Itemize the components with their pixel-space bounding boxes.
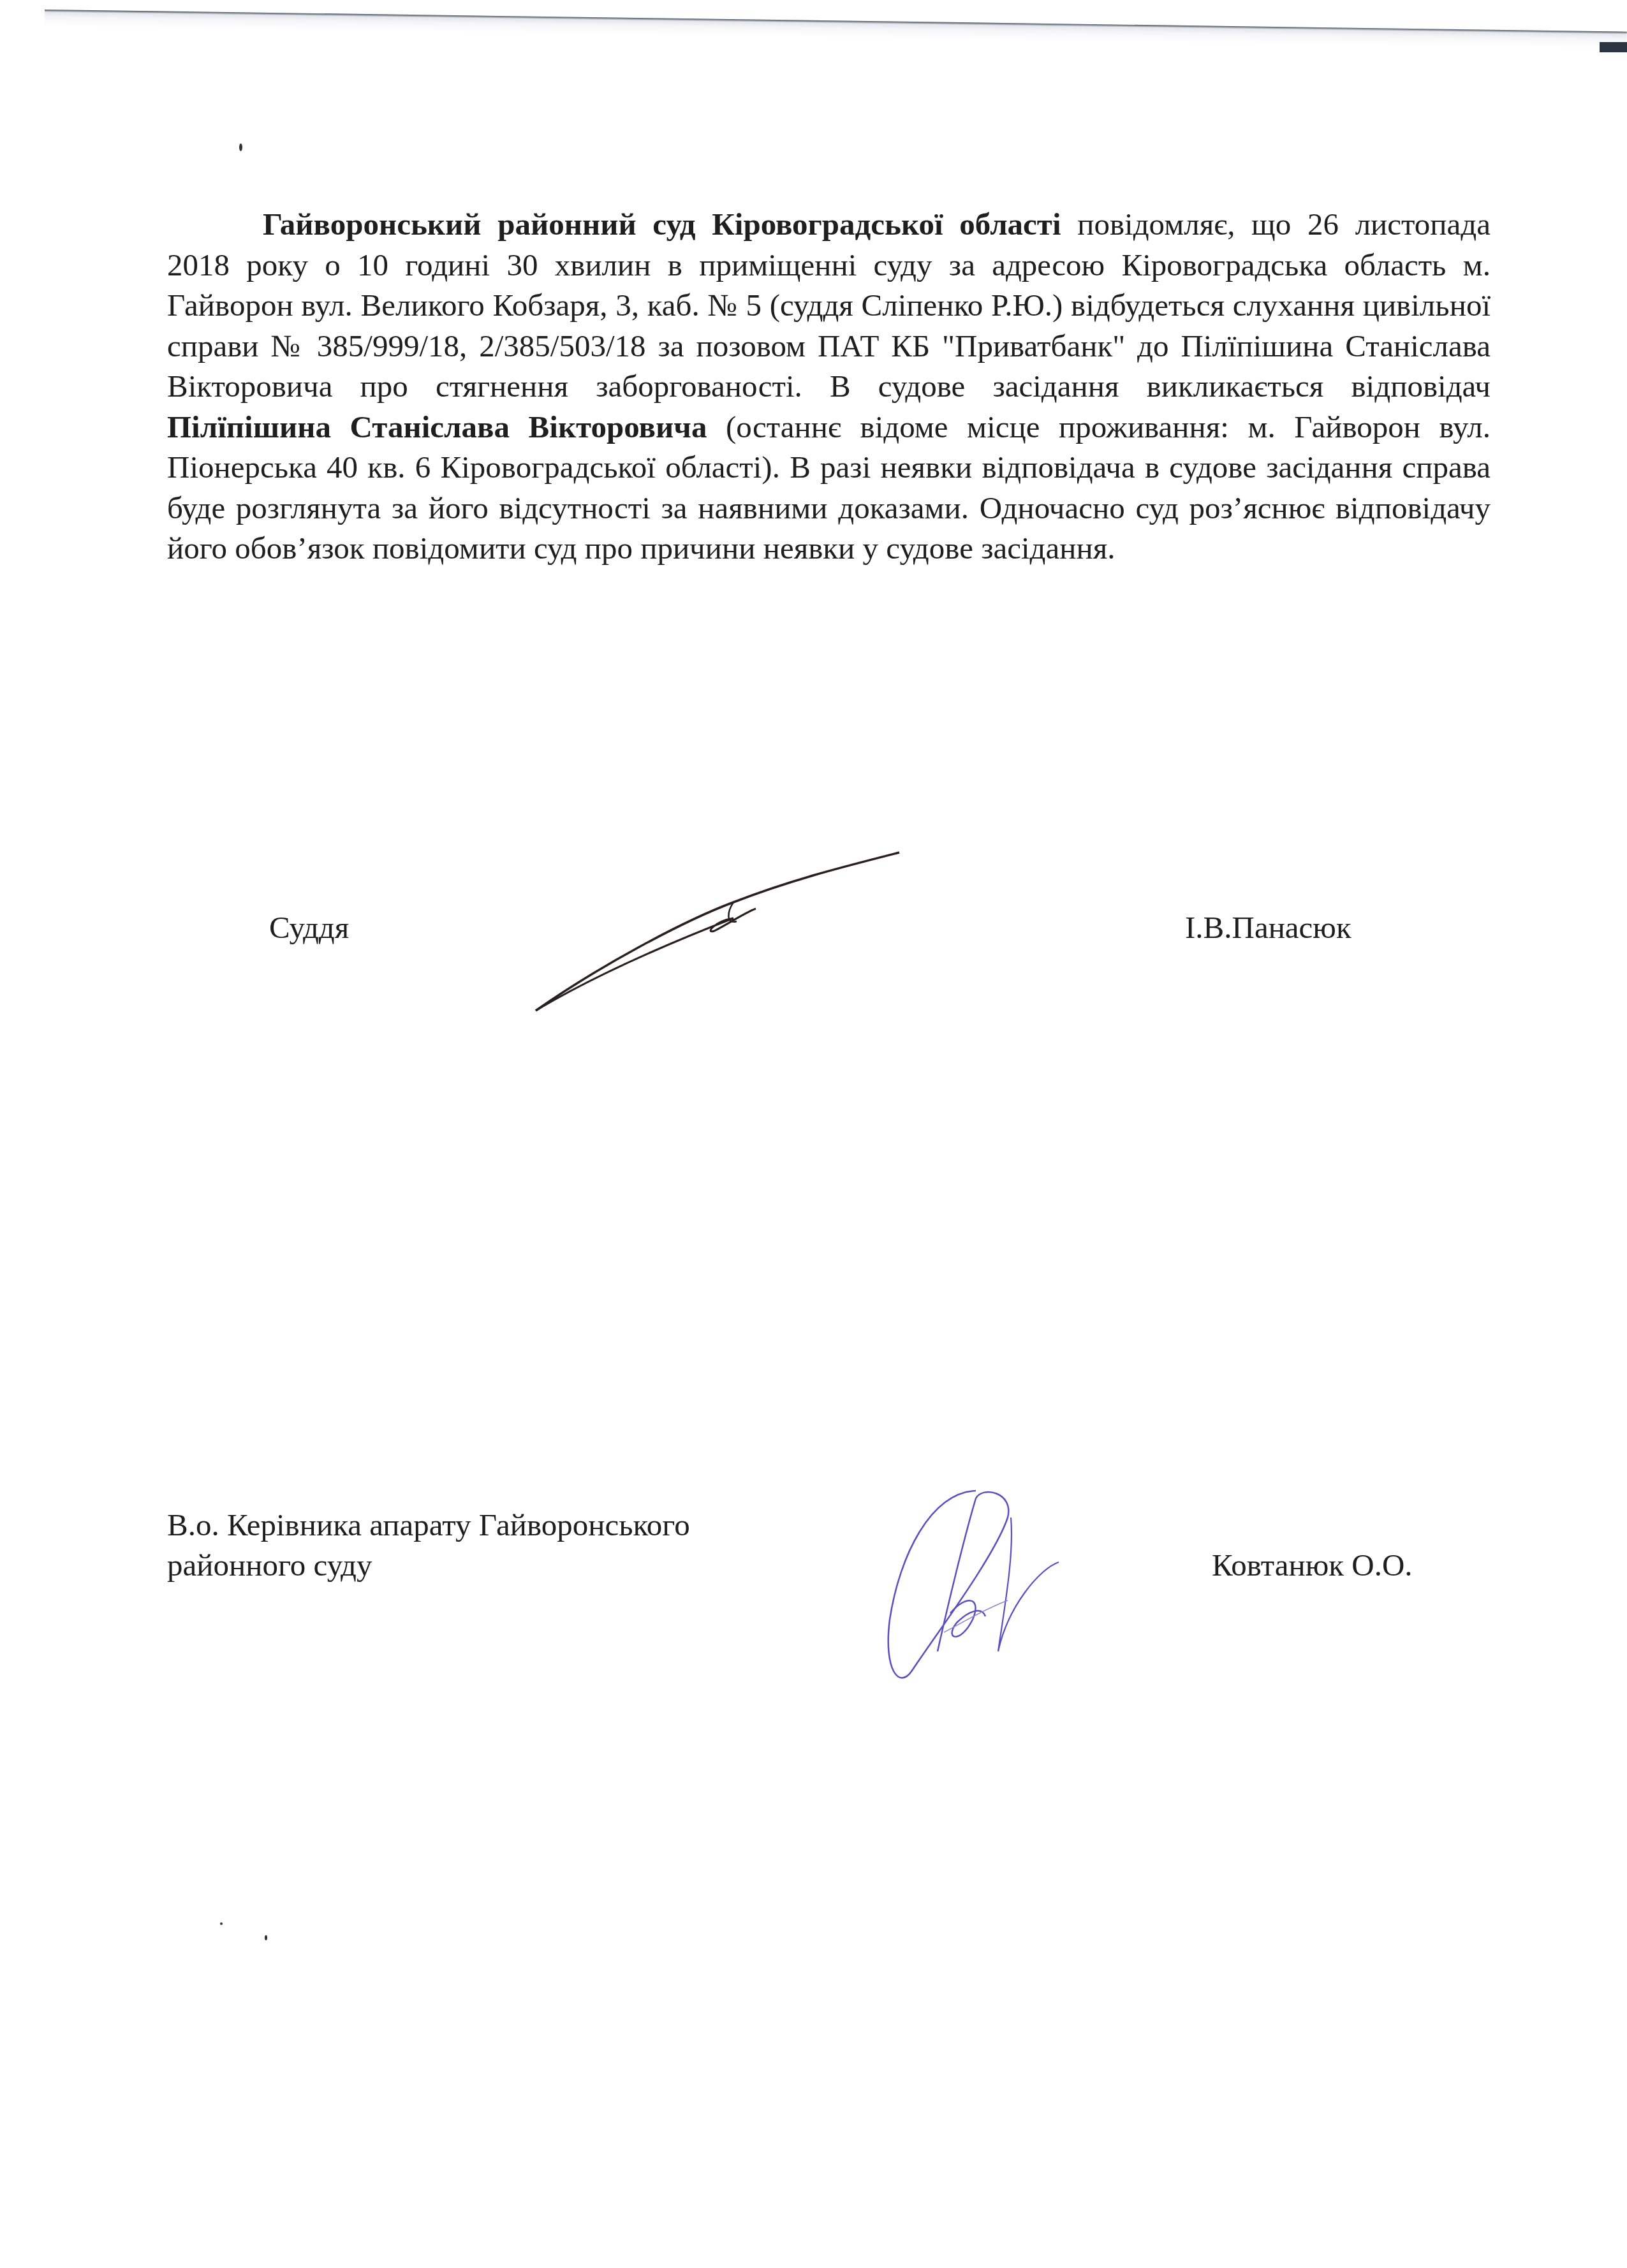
judge-title: Суддя xyxy=(269,909,349,947)
defendant-name: Пілïпішина Станіслава Вікторовича xyxy=(167,409,707,444)
scan-speck xyxy=(220,1922,223,1925)
judge-name: І.В.Панасюк xyxy=(1185,909,1351,947)
staff-name: Ковтанюк О.О. xyxy=(1212,1546,1413,1584)
staff-signature-icon xyxy=(855,1479,1110,1696)
court-notice: Гайворонський районний суд Кіровоградськ… xyxy=(167,204,1491,569)
scan-speck xyxy=(239,143,242,151)
scan-speck xyxy=(265,1935,267,1940)
scan-edge-shadow xyxy=(45,10,1627,48)
judge-signature-icon xyxy=(523,845,906,1023)
scan-corner-artifact xyxy=(1600,42,1627,52)
staff-title-line2: районного суду xyxy=(167,1546,372,1584)
staff-title-line1: В.о. Керівника апарату Гайворонського xyxy=(167,1506,690,1544)
court-name: Гайворонський районний суд Кіровоградськ… xyxy=(263,207,1061,242)
notice-paragraph: Гайворонський районний суд Кіровоградськ… xyxy=(167,204,1491,569)
